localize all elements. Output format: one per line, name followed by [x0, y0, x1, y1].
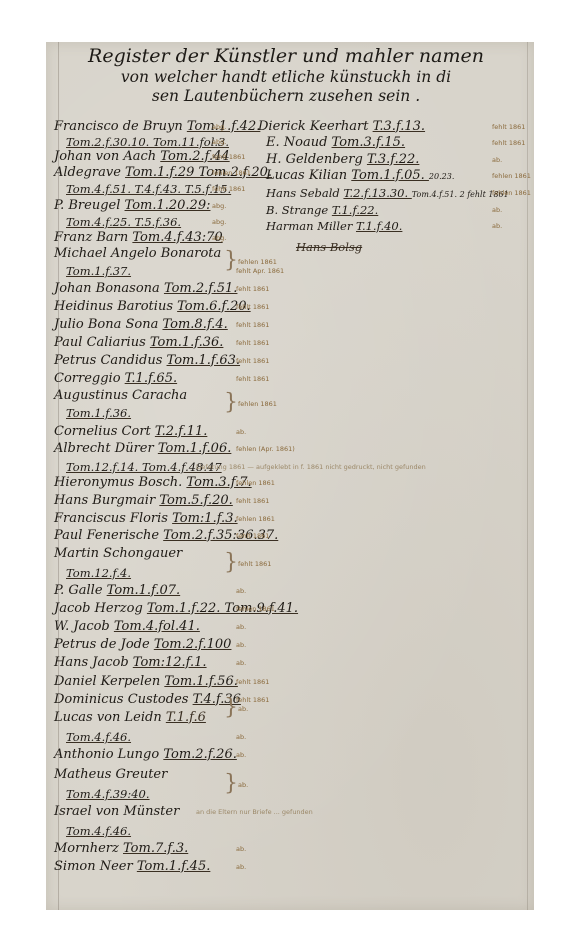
pencil-annotation: fehlen 1861 — [212, 169, 251, 178]
artist-name: Lucas von Leidn — [54, 710, 166, 725]
artist-name: Francisco de Bruyn — [54, 119, 187, 134]
artist-name: Lucas Kilian — [266, 168, 351, 183]
pencil-annotation: ab. — [236, 733, 246, 742]
volume-folio-reference: Tom.1.f.07. — [107, 583, 181, 598]
list-item: Michael Angelo Bonarota — [54, 247, 221, 261]
artist-name: Franciscus Floris — [54, 511, 172, 526]
list-item: Hans Jacob Tom:12.f.1. — [54, 656, 207, 670]
artist-name: B. Strange — [266, 203, 332, 217]
list-item: Hans Burgmair Tom.5.f.20. — [54, 494, 233, 508]
volume-folio-reference: T.3.f.13. — [373, 119, 425, 134]
artist-name: Augustinus Caracha — [54, 388, 187, 403]
list-item: Mornherz Tom.7.f.3. — [54, 842, 188, 856]
pencil-annotation: ab. — [236, 641, 246, 650]
pencil-annotation: ab. — [236, 659, 246, 668]
pencil-annotation: ab. — [238, 781, 248, 790]
artist-name: P. Breugel — [54, 198, 125, 213]
pencil-annotation: ab. — [492, 222, 502, 231]
artist-name: H. Geldenberg — [266, 152, 367, 167]
title-line-2: von welcher handt etliche künstuckh in d… — [66, 68, 506, 87]
volume-folio-reference: Tom.4.f.46. — [66, 730, 131, 744]
list-item: Augustinus Caracha — [54, 389, 187, 403]
volume-folio-reference: Tom.5.f.20. — [159, 493, 233, 508]
list-item: Petrus Candidus Tom.1.f.63. — [54, 354, 240, 368]
list-item: Paul Caliarius Tom.1.f.36. — [54, 336, 223, 350]
artist-name: Anthonio Lungo — [54, 747, 163, 762]
artist-name: Correggio — [54, 371, 125, 386]
volume-folio-reference: T.1.f.6 — [166, 710, 206, 725]
list-item: Dominicus Custodes T.4.f.36 — [54, 693, 241, 707]
list-item: Martin Schongauer — [54, 547, 182, 561]
pencil-annotation: fehlen 1861 — [238, 400, 277, 409]
pencil-annotation: fehlt 1861 — [492, 123, 525, 132]
artist-name: Heidinus Barotius — [54, 299, 177, 314]
list-item: Petrus de Jode Tom.2.f.100 — [54, 638, 231, 652]
pencil-annotation: fehlt 1861 — [212, 153, 245, 162]
list-item: Simon Neer Tom.1.f.45. — [54, 860, 210, 874]
volume-folio-reference: T.1.f.22. — [332, 203, 378, 217]
list-item: Tom.1.f.36. — [66, 406, 131, 420]
pencil-annotation: ab. — [492, 156, 502, 165]
list-item: Albrecht Dürer Tom.1.f.06. — [54, 442, 231, 456]
artist-name: Michael Angelo Bonarota — [54, 246, 221, 261]
artist-name: Harman Miller — [266, 219, 356, 233]
list-item: Tom.12.f.4. — [66, 566, 131, 580]
list-item: Tom.2.f.30.10. Tom.11.fol.3. — [66, 135, 229, 149]
artist-name: Albrecht Dürer — [54, 441, 158, 456]
volume-folio-reference: Tom.2.f.26. — [163, 747, 237, 762]
artist-name: E. Noaud — [266, 135, 332, 150]
artist-name: Petrus de Jode — [54, 637, 154, 652]
pencil-annotation: fehlt 1861 — [236, 497, 269, 506]
list-item: Julio Bona Sona Tom.8.f.4. — [54, 318, 228, 332]
list-item: Tom.4.f.46. — [66, 824, 131, 838]
pencil-annotation: fehlen 1861 — [236, 605, 275, 614]
brace-icon: } — [224, 250, 238, 272]
volume-folio-reference: Tom.1.f.37. — [66, 264, 131, 278]
volume-folio-reference: Tom.3.f.15. — [332, 135, 406, 150]
pencil-annotation: fehlt 1861 — [212, 185, 245, 194]
list-item: Franz Barn Tom.4.f.43:70 — [54, 231, 223, 245]
pencil-annotation: fehlt 1861 — [236, 321, 269, 330]
pencil-annotation: fehlt 1861 — [492, 139, 525, 148]
artist-name: Johan von Aach — [54, 149, 160, 164]
list-item: Hieronymus Bosch. Tom.3.f.7. — [54, 476, 252, 490]
list-item: P. Breugel Tom.1.20.29: — [54, 199, 210, 213]
pencil-annotation: Lieferung 1861 — aufgeklebt in f. 1861 n… — [196, 463, 426, 472]
volume-folio-reference: Tom.2.f.51. — [164, 281, 238, 296]
artist-name: Aldegrave — [54, 165, 125, 180]
artist-name: Mornherz — [54, 841, 123, 856]
pencil-annotation: ab. — [238, 705, 248, 714]
list-item: Harman Miller T.1.f.40. — [266, 219, 402, 233]
artist-name: Hieronymus Bosch. — [54, 475, 186, 490]
artist-name: Hans Sebald — [266, 186, 343, 200]
volume-folio-reference: Tom.1.f.36. — [66, 406, 131, 420]
volume-folio-reference: Tom.1.f.05. — [351, 168, 429, 183]
volume-folio-reference: Tom.4.f.39:40. — [66, 787, 150, 801]
list-item: Anthonio Lungo Tom.2.f.26. — [54, 748, 237, 762]
list-item: Johan von Aach Tom.2.f.44 — [54, 150, 230, 164]
pencil-annotation: abg. — [212, 234, 226, 243]
pencil-annotation: abg. — [212, 138, 226, 147]
pencil-annotation: fehlt 1861 — [238, 560, 271, 569]
artist-name: Cornelius Cort — [54, 424, 155, 439]
pencil-annotation: fehlen 1861 — [492, 172, 531, 181]
additional-reference: 20.23. — [429, 172, 454, 181]
artist-name: Jacob Herzog — [54, 601, 147, 616]
artist-name: Matheus Greuter — [54, 767, 167, 782]
pencil-annotation: fehlt 1861 — [236, 678, 269, 687]
pencil-annotation: fehlt 1861 — [236, 696, 269, 705]
volume-folio-reference: Tom.2.f.30.10. Tom.11.fol.3. — [66, 135, 229, 149]
volume-folio-reference: Tom:12.f.1. — [133, 655, 207, 670]
list-item: B. Strange T.1.f.22. — [266, 203, 378, 217]
pencil-annotation: fehlen 1861 — [238, 258, 277, 267]
volume-folio-reference: T.1.f.40. — [356, 219, 402, 233]
volume-folio-reference: Tom:1.f.3. — [172, 511, 237, 526]
pencil-annotation: ab. — [236, 845, 246, 854]
list-item: Tom.4.f.39:40. — [66, 787, 150, 801]
pencil-annotation: ab. — [236, 623, 246, 632]
volume-folio-reference: T.2.f.13.30. — [343, 186, 411, 200]
artist-name: Julio Bona Sona — [54, 317, 162, 332]
pencil-annotation: an die Eltern nur Briefe ... gefunden — [196, 808, 313, 817]
list-item: E. Noaud Tom.3.f.15. — [266, 136, 405, 150]
pencil-annotation: fehlt 1861 — [236, 357, 269, 366]
pencil-annotation: fehlt 1861 — [236, 532, 269, 541]
list-item: H. Geldenberg T.3.f.22. — [266, 153, 419, 167]
volume-folio-reference: Tom.7.f.3. — [123, 841, 188, 856]
artist-name: P. Galle — [54, 583, 107, 598]
volume-folio-reference: Tom.1.f.56. — [164, 674, 238, 689]
list-item: Johan Bonasona Tom.2.f.51. — [54, 282, 237, 296]
artist-name: Hans Burgmair — [54, 493, 159, 508]
artist-name: Hans Jacob — [54, 655, 133, 670]
brace-icon: } — [224, 392, 238, 414]
artist-name: Israel von Münster — [54, 804, 179, 819]
list-item: Daniel Kerpelen Tom.1.f.56. — [54, 675, 238, 689]
pencil-annotation: fehlt 1861 — [236, 303, 269, 312]
pencil-annotation: ab. — [236, 587, 246, 596]
list-item: Hans Bolsg — [296, 240, 362, 254]
pencil-annotation: fehlen 1861 — [236, 515, 275, 524]
volume-folio-reference: Tom.2.f.100 — [154, 637, 232, 652]
volume-folio-reference: Tom.4.f.25. T.5.f.36. — [66, 215, 181, 229]
volume-folio-reference: T.2.f.11. — [155, 424, 207, 439]
list-item: Tom.1.f.37. — [66, 264, 131, 278]
volume-folio-reference: Tom.1.f.36. — [150, 335, 224, 350]
list-item: Cornelius Cort T.2.f.11. — [54, 425, 207, 439]
list-item: Matheus Greuter — [54, 768, 167, 782]
list-item: Franciscus Floris Tom:1.f.3. — [54, 512, 238, 526]
pencil-annotation: fehlen (Apr. 1861) — [236, 445, 295, 454]
volume-folio-reference: Tom.1.f.22. Tom.9.f.41. — [147, 601, 298, 616]
list-item: Israel von Münster — [54, 805, 179, 819]
title-line-3: sen Lautenbüchern zusehen sein . — [66, 87, 506, 106]
pencil-annotation: abg. — [212, 123, 226, 132]
volume-folio-reference: Tom.4.fol.41. — [114, 619, 200, 634]
list-item: Heidinus Barotius Tom.6.f.20. — [54, 300, 251, 314]
pencil-annotation: fehlt 1861 — [236, 285, 269, 294]
pencil-annotation: ab. — [236, 428, 246, 437]
pencil-annotation: fehlt 1861 — [236, 375, 269, 384]
pencil-annotation: fehlt Apr. 1861 — [236, 267, 284, 276]
artist-name: Dierick Keerhart — [258, 119, 373, 134]
volume-folio-reference: Tom.4.f.51. T.4.f.43. T.5.f.15. — [66, 182, 231, 196]
list-item: P. Galle Tom.1.f.07. — [54, 584, 180, 598]
volume-folio-reference: Tom.1.f.45. — [137, 859, 211, 874]
brace-icon: } — [224, 697, 238, 719]
list-item: Tom.4.f.46. — [66, 730, 131, 744]
artist-name: W. Jacob — [54, 619, 114, 634]
pencil-annotation: abg. — [212, 202, 226, 211]
list-item: Francisco de Bruyn Tom.1.f.42. — [54, 120, 260, 134]
artist-name: Paul Caliarius — [54, 335, 150, 350]
volume-folio-reference: Tom.1.f.63. — [167, 353, 241, 368]
volume-folio-reference: T.3.f.22. — [367, 152, 419, 167]
brace-icon: } — [224, 773, 238, 795]
list-item: Lucas von Leidn T.1.f.6 — [54, 711, 206, 725]
volume-folio-reference: T.1.f.65. — [125, 371, 177, 386]
list-item: Lucas Kilian Tom.1.f.05. 20.23. — [266, 169, 454, 184]
pencil-annotation: ab. — [236, 751, 246, 760]
manuscript-page: Register der Künstler und mahler namen v… — [46, 42, 534, 910]
pencil-annotation: fehlen 1861 — [492, 189, 531, 198]
pencil-annotation: abg. — [212, 218, 226, 227]
volume-folio-reference: Tom.4.f.43:70 — [132, 230, 222, 245]
volume-folio-reference: Tom.8.f.4. — [162, 317, 227, 332]
volume-folio-reference: Tom.12.f.4. — [66, 566, 131, 580]
pencil-annotation: fehlt 1861 — [236, 339, 269, 348]
pencil-annotation: ab. — [492, 206, 502, 215]
artist-name: Daniel Kerpelen — [54, 674, 164, 689]
pencil-annotation: fehlen 1861 — [236, 479, 275, 488]
list-item: Tom.4.f.25. T.5.f.36. — [66, 215, 181, 229]
artist-name: Martin Schongauer — [54, 546, 182, 561]
brace-icon: } — [224, 552, 238, 574]
list-item: Dierick Keerhart T.3.f.13. — [258, 120, 425, 134]
pencil-annotation: ab. — [236, 863, 246, 872]
volume-folio-reference: Tom.1.20.29: — [125, 198, 211, 213]
artist-name: Hans Bolsg — [296, 240, 362, 254]
volume-folio-reference: Tom.1.f.06. — [158, 441, 232, 456]
list-item: Correggio T.1.f.65. — [54, 372, 177, 386]
list-item: W. Jacob Tom.4.fol.41. — [54, 620, 200, 634]
artist-name: Johan Bonasona — [54, 281, 164, 296]
artist-name: Franz Barn — [54, 230, 132, 245]
artist-name: Simon Neer — [54, 859, 137, 874]
volume-folio-reference: Tom.4.f.46. — [66, 824, 131, 838]
artist-name: Dominicus Custodes — [54, 692, 193, 707]
list-item: Hans Sebald T.2.f.13.30. Tom.4.f.51. 2 f… — [266, 186, 509, 202]
title-line-1: Register der Künstler und mahler namen — [66, 44, 506, 68]
artist-name: Paul Fenerische — [54, 528, 163, 543]
page-title: Register der Künstler und mahler namen v… — [66, 44, 506, 106]
list-item: Tom.4.f.51. T.4.f.43. T.5.f.15. — [66, 182, 231, 196]
artist-name: Petrus Candidus — [54, 353, 167, 368]
